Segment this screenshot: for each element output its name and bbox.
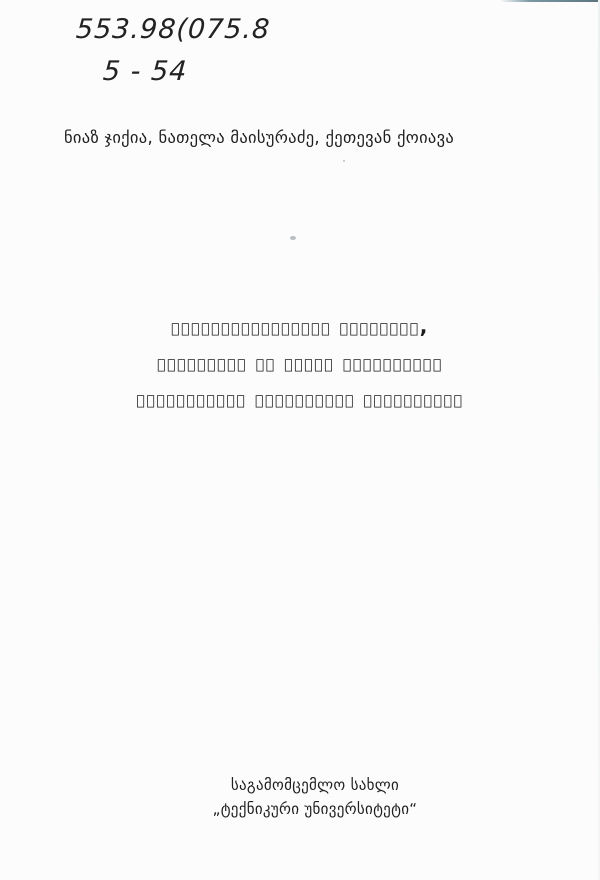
title-page: 553.98(075.8 5 - 54 ნიაზ ჯიქია, ნათელა მ… — [0, 0, 600, 880]
handwritten-call-number: 553.98(075.8 — [75, 14, 271, 45]
book-title: ნავთობგაზსარეწაო გეოლოგია, ნავთობისა და … — [40, 308, 560, 416]
publisher-line-2: „ტექნიკური უნივერსიტეტი“ — [150, 797, 480, 821]
title-line-3: დამუშავების გეოლოგიური საფუძვლები — [40, 380, 560, 416]
publisher-line-1: საგამომცემლო სახლი — [150, 773, 480, 797]
scan-edge-artifact — [500, 0, 600, 2]
title-line-1: ნავთობგაზსარეწაო გეოლოგია, — [40, 308, 560, 344]
scan-speck — [343, 160, 345, 162]
scan-speck — [290, 236, 296, 240]
publisher: საგამომცემლო სახლი „ტექნიკური უნივერსიტე… — [150, 773, 480, 821]
title-line-2: ნავთობისა და გაზის საბადოების — [40, 344, 560, 380]
handwritten-cutter-number: 5 - 54 — [102, 56, 189, 87]
authors-line: ნიაზ ჯიქია, ნათელა მაისურაძე, ქეთევან ქო… — [64, 128, 544, 147]
